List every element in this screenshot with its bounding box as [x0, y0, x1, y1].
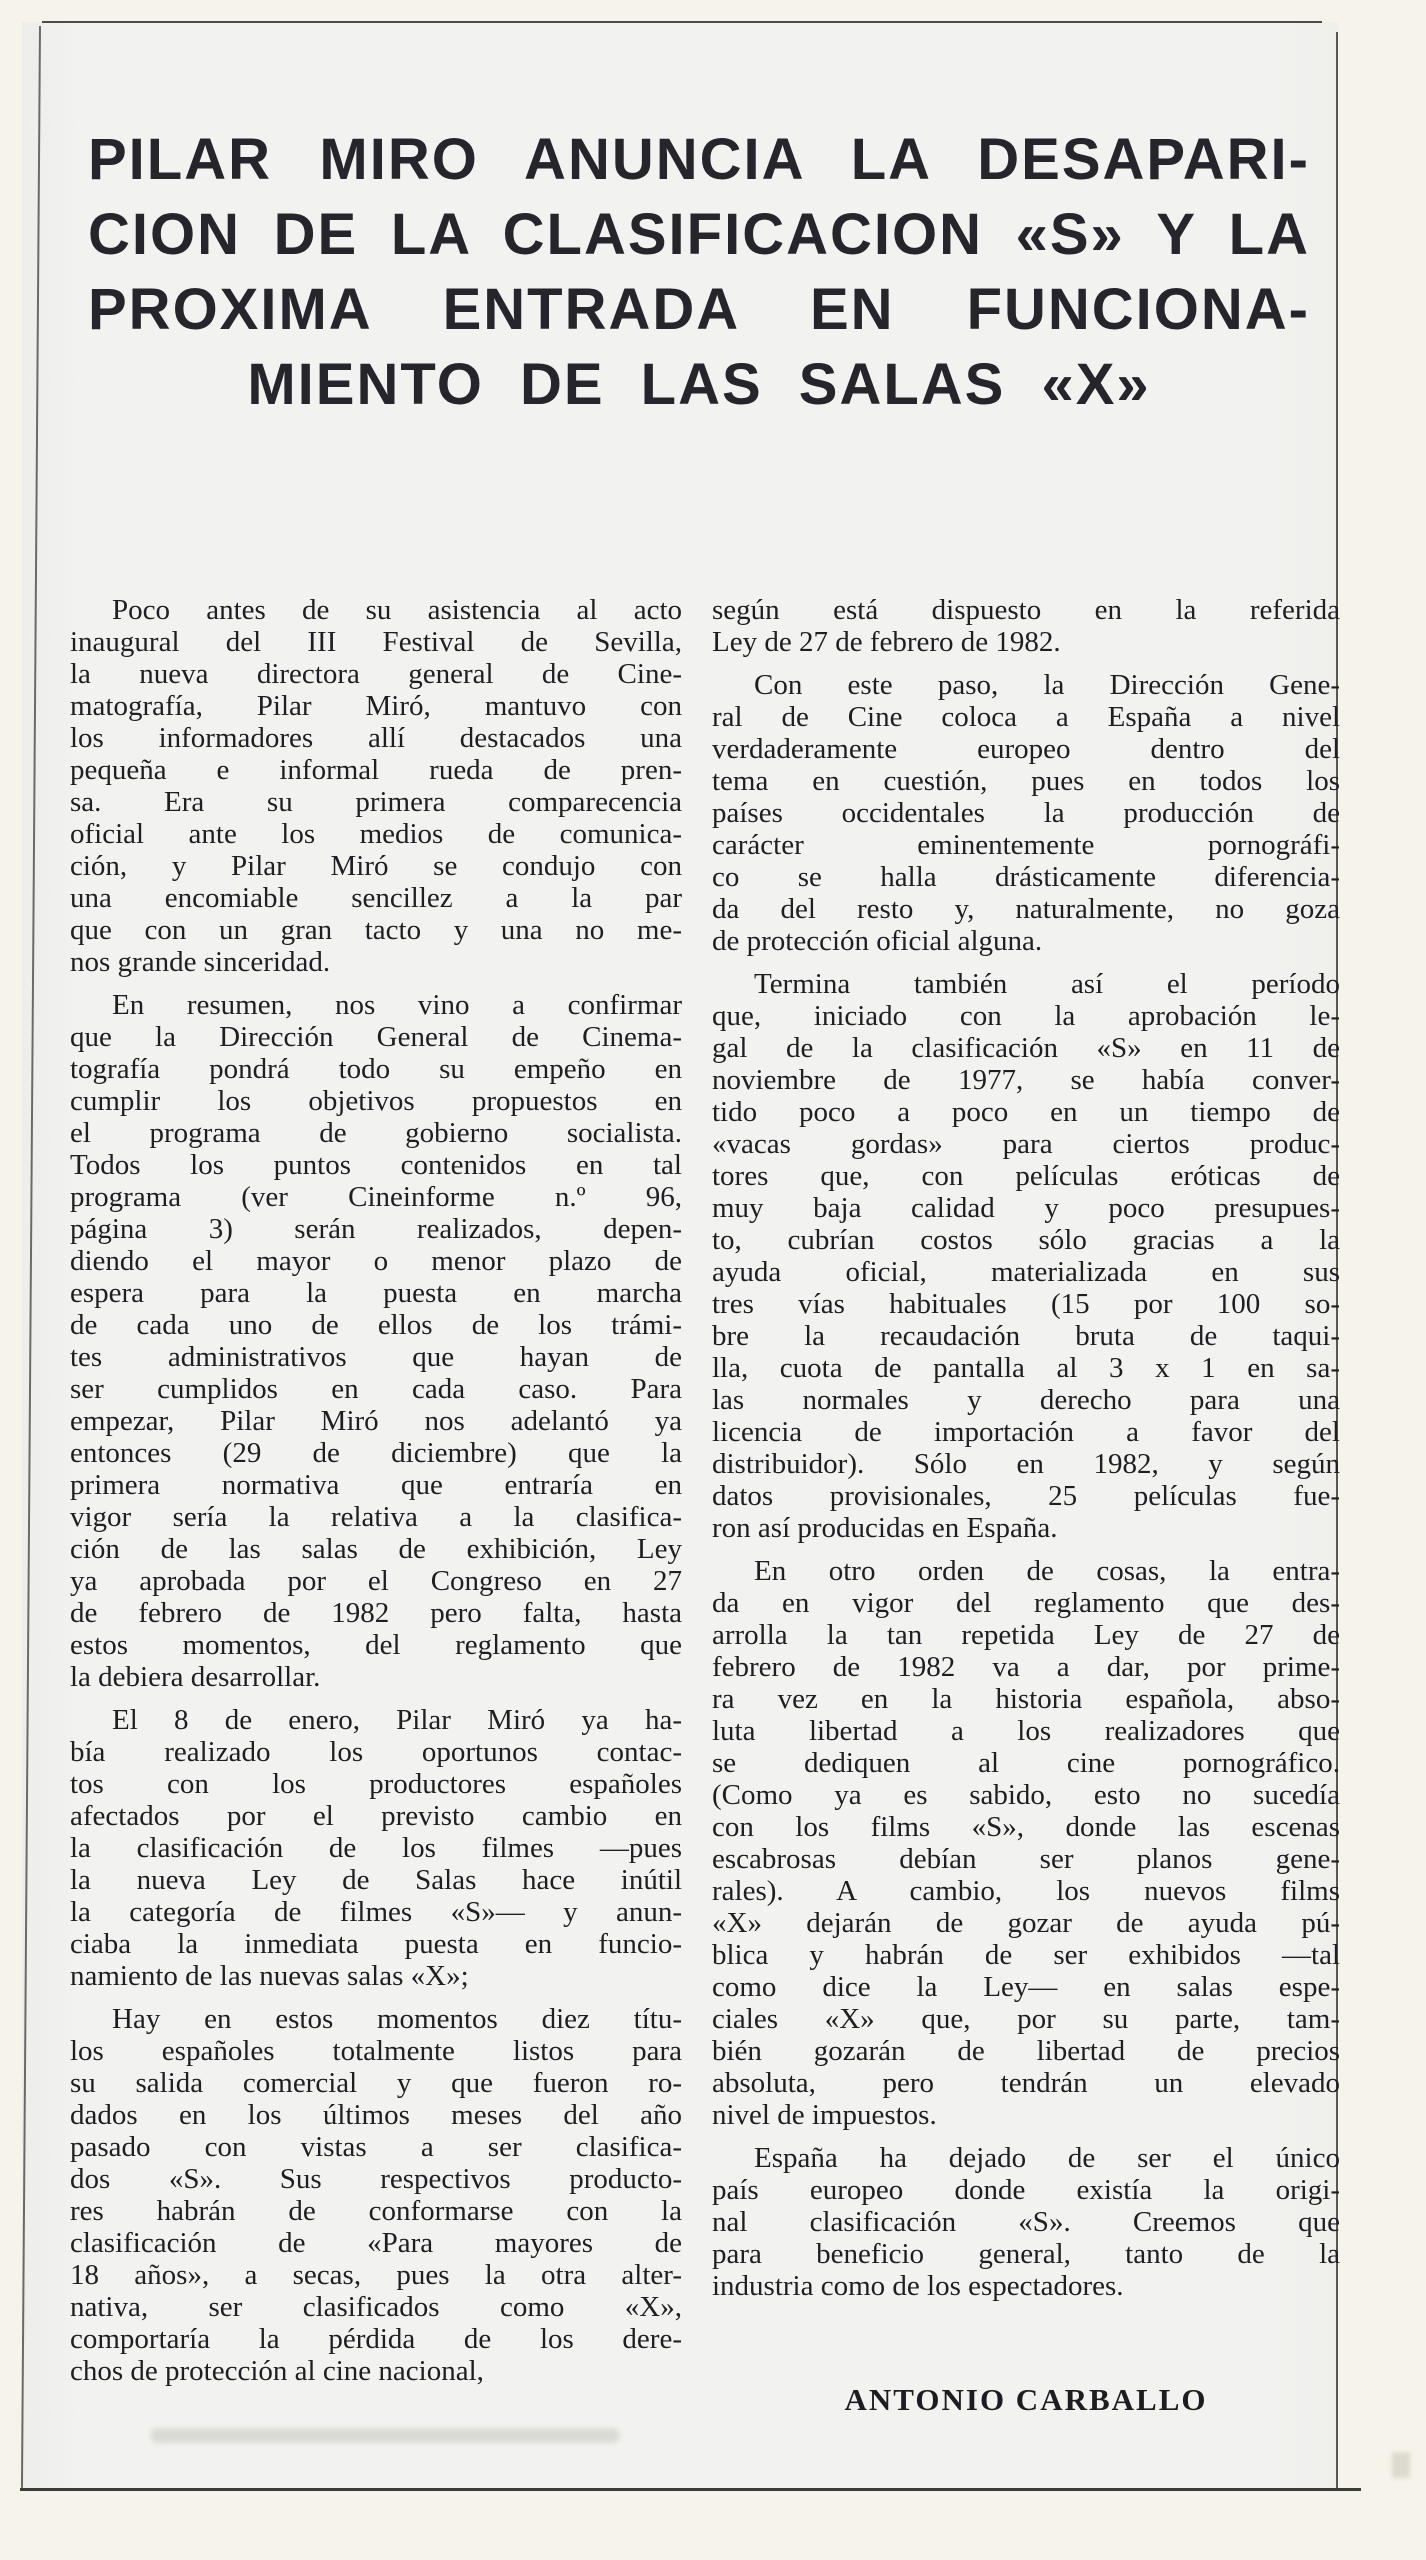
body-line: Hay en estos momentos diez títu-	[70, 2003, 682, 2035]
paragraph: España ha dejado de ser el únicopaís eur…	[712, 2142, 1340, 2302]
body-line: tores que, con películas eróticas de	[712, 1160, 1340, 1192]
body-line: ciales «X» que, por su parte, tam-	[712, 2003, 1340, 2035]
body-line: tes administrativos que hayan de	[70, 1341, 682, 1373]
body-line: tido poco a poco en un tiempo de	[712, 1096, 1340, 1128]
body-line: gal de la clasificación «S» en 11 de	[712, 1032, 1340, 1064]
paragraph: El 8 de enero, Pilar Miró ya ha-bía real…	[70, 1704, 682, 1992]
body-line: tema en cuestión, pues en todos los	[712, 765, 1340, 797]
body-line: primera normativa que entraría en	[70, 1469, 682, 1501]
left-column: Poco antes de su asistencia al actoinaug…	[70, 594, 682, 2416]
body-line: las normales y derecho para una	[712, 1384, 1340, 1416]
scan-rule-bottom	[20, 2488, 1361, 2491]
body-line: datos provisionales, 25 películas fue-	[712, 1480, 1340, 1512]
body-line: inaugural del III Festival de Sevilla,	[70, 626, 682, 658]
body-line: dos «S». Sus respectivos producto-	[70, 2163, 682, 2195]
body-line: país europeo donde existía la origi-	[712, 2174, 1340, 2206]
paragraph: Con este paso, la Dirección Gene-ral de …	[712, 669, 1340, 957]
headline: PILAR MIRO ANUNCIA LA DESAPARI-CION DE L…	[88, 122, 1310, 422]
ink-speck	[1392, 2452, 1410, 2478]
body-line: que, iniciado con la aprobación le-	[712, 1000, 1340, 1032]
body-line: escabrosas debían ser planos gene-	[712, 1843, 1340, 1875]
body-line: El 8 de enero, Pilar Miró ya ha-	[70, 1704, 682, 1736]
paragraph: En resumen, nos vino a confirmarque la D…	[70, 989, 682, 1693]
body-line: industria como de los espectadores.	[712, 2270, 1340, 2302]
paragraph: Hay en estos momentos diez títu-los espa…	[70, 2003, 682, 2387]
body-line: verdaderamente europeo dentro del	[712, 733, 1340, 765]
body-line: Todos los puntos contenidos en tal	[70, 1149, 682, 1181]
body-line: nos grande sinceridad.	[70, 946, 682, 978]
body-line: carácter eminentemente pornográfi-	[712, 829, 1340, 861]
body-line: ser cumplidos en cada caso. Para	[70, 1373, 682, 1405]
body-line: ra vez en la historia española, abso-	[712, 1683, 1340, 1715]
body-line: ayuda oficial, materializada en sus	[712, 1256, 1340, 1288]
body-line: se dediquen al cine pornográfico.	[712, 1747, 1340, 1779]
body-line: de cada uno de ellos de los trámi-	[70, 1309, 682, 1341]
body-line: ciaba la inmediata puesta en funcio-	[70, 1928, 682, 1960]
body-line: con los films «S», donde las escenas	[712, 1811, 1340, 1843]
body-line: tografía pondrá todo su empeño en	[70, 1053, 682, 1085]
body-line: blica y habrán de ser exhibidos —tal	[712, 1939, 1340, 1971]
body-line: matografía, Pilar Miró, mantuvo con	[70, 690, 682, 722]
body-line: co se halla drásticamente diferencia-	[712, 861, 1340, 893]
body-line: una encomiable sencillez a la par	[70, 882, 682, 914]
body-line: espera para la puesta en marcha	[70, 1277, 682, 1309]
body-line: bía realizado los oportunos contac-	[70, 1736, 682, 1768]
body-line: da del resto y, naturalmente, no goza	[712, 893, 1340, 925]
body-line: la nueva Ley de Salas hace inútil	[70, 1864, 682, 1896]
body-line: los informadores allí destacados una	[70, 722, 682, 754]
body-line: de febrero de 1982 pero falta, hasta	[70, 1597, 682, 1629]
body-line: entonces (29 de diciembre) que la	[70, 1437, 682, 1469]
ink-smudge	[150, 2428, 620, 2443]
body-line: En resumen, nos vino a confirmar	[70, 989, 682, 1021]
body-line: para beneficio general, tanto de la	[712, 2238, 1340, 2270]
body-line: la clasificación de los filmes —pues	[70, 1832, 682, 1864]
body-line: que la Dirección General de Cinema-	[70, 1021, 682, 1053]
body-line: programa (ver Cineinforme n.º 96,	[70, 1181, 682, 1213]
body-line: to, cubrían costos sólo gracias a la	[712, 1224, 1340, 1256]
body-line: Con este paso, la Dirección Gene-	[712, 669, 1340, 701]
body-line: pasado con vistas a ser clasifica-	[70, 2131, 682, 2163]
body-line: res habrán de conformarse con la	[70, 2195, 682, 2227]
headline-line: PROXIMA ENTRADA EN FUNCIONA-	[88, 272, 1310, 347]
body-line: «vacas gordas» para ciertos produc-	[712, 1128, 1340, 1160]
article-body: Poco antes de su asistencia al actoinaug…	[70, 594, 1342, 2416]
body-line: clasificación de «Para mayores de	[70, 2227, 682, 2259]
headline-line: PILAR MIRO ANUNCIA LA DESAPARI-	[88, 122, 1310, 197]
body-line: la categoría de filmes «S»— y anun-	[70, 1896, 682, 1928]
body-line: namiento de las nuevas salas «X»;	[70, 1960, 682, 1992]
body-line: afectados por el previsto cambio en	[70, 1800, 682, 1832]
body-line: sa. Era su primera comparecencia	[70, 786, 682, 818]
body-line: ral de Cine coloca a España a nivel	[712, 701, 1340, 733]
body-line: da en vigor del reglamento que des-	[712, 1587, 1340, 1619]
body-line: arrolla la tan repetida Ley de 27 de	[712, 1619, 1340, 1651]
body-line: bién gozarán de libertad de precios	[712, 2035, 1340, 2067]
body-line: 18 años», a secas, pues la otra alter-	[70, 2259, 682, 2291]
body-line: noviembre de 1977, se había conver-	[712, 1064, 1340, 1096]
body-line: ya aprobada por el Congreso en 27	[70, 1565, 682, 1597]
body-line: rales). A cambio, los nuevos films	[712, 1875, 1340, 1907]
body-line: Ley de 27 de febrero de 1982.	[712, 626, 1340, 658]
body-line: chos de protección al cine nacional,	[70, 2355, 682, 2387]
headline-line: CION DE LA CLASIFICACION «S» Y LA	[88, 197, 1310, 272]
headline-line: MIENTO DE LAS SALAS «X»	[88, 347, 1310, 422]
body-line: de protección oficial alguna.	[712, 925, 1340, 957]
body-line: dados en los últimos meses del año	[70, 2099, 682, 2131]
body-line: Termina también así el período	[712, 968, 1340, 1000]
body-line: España ha dejado de ser el único	[712, 2142, 1340, 2174]
body-line: ron así producidas en España.	[712, 1512, 1340, 1544]
body-line: tos con los productores españoles	[70, 1768, 682, 1800]
body-line: «X» dejarán de gozar de ayuda pú-	[712, 1907, 1340, 1939]
body-line: bre la recaudación bruta de taqui-	[712, 1320, 1340, 1352]
body-line: cumplir los objetivos propuestos en	[70, 1085, 682, 1117]
body-line: la debiera desarrollar.	[70, 1661, 682, 1693]
paragraph: Termina también así el períodoque, inici…	[712, 968, 1340, 1544]
body-line: ción, y Pilar Miró se condujo con	[70, 850, 682, 882]
body-line: página 3) serán realizados, depen-	[70, 1213, 682, 1245]
byline: ANTONIO CARBALLO	[712, 2384, 1340, 2416]
body-line: empezar, Pilar Miró nos adelantó ya	[70, 1405, 682, 1437]
body-line: (Como ya es sabido, esto no sucedía	[712, 1779, 1340, 1811]
body-line: la nueva directora general de Cine-	[70, 658, 682, 690]
body-line: el programa de gobierno socialista.	[70, 1117, 682, 1149]
body-line: comportaría la pérdida de los dere-	[70, 2323, 682, 2355]
body-line: vigor sería la relativa a la clasifica-	[70, 1501, 682, 1533]
body-line: países occidentales la producción de	[712, 797, 1340, 829]
body-line: nivel de impuestos.	[712, 2099, 1340, 2131]
body-line: nal clasificación «S». Creemos que	[712, 2206, 1340, 2238]
body-line: pequeña e informal rueda de pren-	[70, 754, 682, 786]
body-line: licencia de importación a favor del	[712, 1416, 1340, 1448]
body-line: absoluta, pero tendrán un elevado	[712, 2067, 1340, 2099]
paragraph: Poco antes de su asistencia al actoinaug…	[70, 594, 682, 978]
body-line: Poco antes de su asistencia al acto	[70, 594, 682, 626]
body-line: muy baja calidad y poco presupues-	[712, 1192, 1340, 1224]
body-line: que con un gran tacto y una no me-	[70, 914, 682, 946]
paragraph: según está dispuesto en la referidaLey d…	[712, 594, 1340, 658]
body-line: tres vías habituales (15 por 100 so-	[712, 1288, 1340, 1320]
body-line: oficial ante los medios de comunica-	[70, 818, 682, 850]
body-line: luta libertad a los realizadores que	[712, 1715, 1340, 1747]
body-line: estos momentos, del reglamento que	[70, 1629, 682, 1661]
body-line: según está dispuesto en la referida	[712, 594, 1340, 626]
body-line: febrero de 1982 va a dar, por prime-	[712, 1651, 1340, 1683]
right-column: según está dispuesto en la referidaLey d…	[712, 594, 1340, 2416]
paragraph: En otro orden de cosas, la entra-da en v…	[712, 1555, 1340, 2131]
body-line: En otro orden de cosas, la entra-	[712, 1555, 1340, 1587]
body-line: nativa, ser clasificados como «X»,	[70, 2291, 682, 2323]
body-line: su salida comercial y que fueron ro-	[70, 2067, 682, 2099]
body-line: diendo el mayor o menor plazo de	[70, 1245, 682, 1277]
scan-rule-top	[42, 21, 1322, 23]
body-line: como dice la Ley— en salas espe-	[712, 1971, 1340, 2003]
body-line: los españoles totalmente listos para	[70, 2035, 682, 2067]
body-line: lla, cuota de pantalla al 3 x 1 en sa-	[712, 1352, 1340, 1384]
body-line: ción de las salas de exhibición, Ley	[70, 1533, 682, 1565]
body-line: distribuidor). Sólo en 1982, y según	[712, 1448, 1340, 1480]
scanned-article-page: { "page": { "paper_color": "#f2f3f0", "m…	[0, 0, 1426, 2560]
